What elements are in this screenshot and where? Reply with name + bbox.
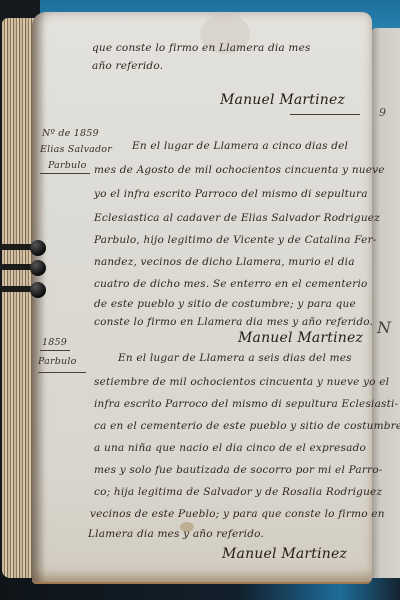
next-page-fragment: N	[377, 318, 391, 337]
clip-knob	[30, 260, 46, 276]
margin-note: Nº de 1859	[42, 128, 99, 139]
text-line: a una niña que nacio el dia cinco de el …	[94, 442, 366, 454]
signature: Manuel Martinez	[220, 92, 345, 108]
text-line: año referido.	[92, 60, 163, 72]
text-line: setiembre de mil ochocientos cincuenta y…	[94, 376, 389, 388]
binding-clips	[0, 238, 50, 308]
text-line: co; hija legitima de Salvador y de Rosal…	[94, 486, 382, 498]
text-line: vecinos de este Pueblo; y para que const…	[90, 508, 385, 520]
clip-knob	[30, 240, 46, 256]
text-line: Eclesiastica al cadaver de Elias Salvado…	[94, 212, 380, 224]
clip-knob	[30, 282, 46, 298]
text-line: de este pueblo y sitio de costumbre; y p…	[94, 298, 356, 310]
text-line: conste lo firmo en Llamera dia mes y año…	[94, 316, 373, 328]
text-line: En el lugar de Llamera a seis dias del m…	[118, 352, 352, 364]
text-line: cuatro de dicho mes. Se enterro en el ce…	[94, 278, 368, 290]
margin-note: Elias Salvador	[40, 144, 112, 155]
margin-rule	[38, 372, 86, 373]
text-line: mes de Agosto de mil ochocientos cincuen…	[94, 164, 385, 176]
margin-note: Parbulo	[48, 160, 87, 171]
signature-flourish	[290, 114, 360, 115]
text-line: ca en el cementerio de este pueblo y sit…	[94, 420, 400, 432]
margin-note: 1859	[42, 337, 67, 348]
margin-rule	[40, 173, 90, 174]
text-line: mes y solo fue bautizada de socorro por …	[94, 464, 383, 476]
text-line: Llamera dia mes y año referido.	[88, 528, 264, 540]
signature: Manuel Martinez	[238, 330, 363, 346]
next-page-fragment: 9	[379, 106, 386, 119]
text-line: Parbulo, hijo legitimo de Vicente y de C…	[94, 234, 377, 246]
text-line: yo el infra escrito Parroco del mismo di…	[94, 188, 368, 200]
text-line: que conste lo firmo en Llamera dia mes	[92, 42, 311, 54]
signature: Manuel Martinez	[222, 546, 347, 562]
margin-note: Parbulo	[38, 356, 77, 367]
text-line: nandez, vecinos de dicho Llamera, murio …	[94, 256, 355, 268]
margin-rule	[40, 350, 70, 351]
text-line: infra escrito Parroco del mismo di sepul…	[94, 398, 398, 410]
text-line: En el lugar de Llamera a cinco dias del	[132, 140, 348, 152]
